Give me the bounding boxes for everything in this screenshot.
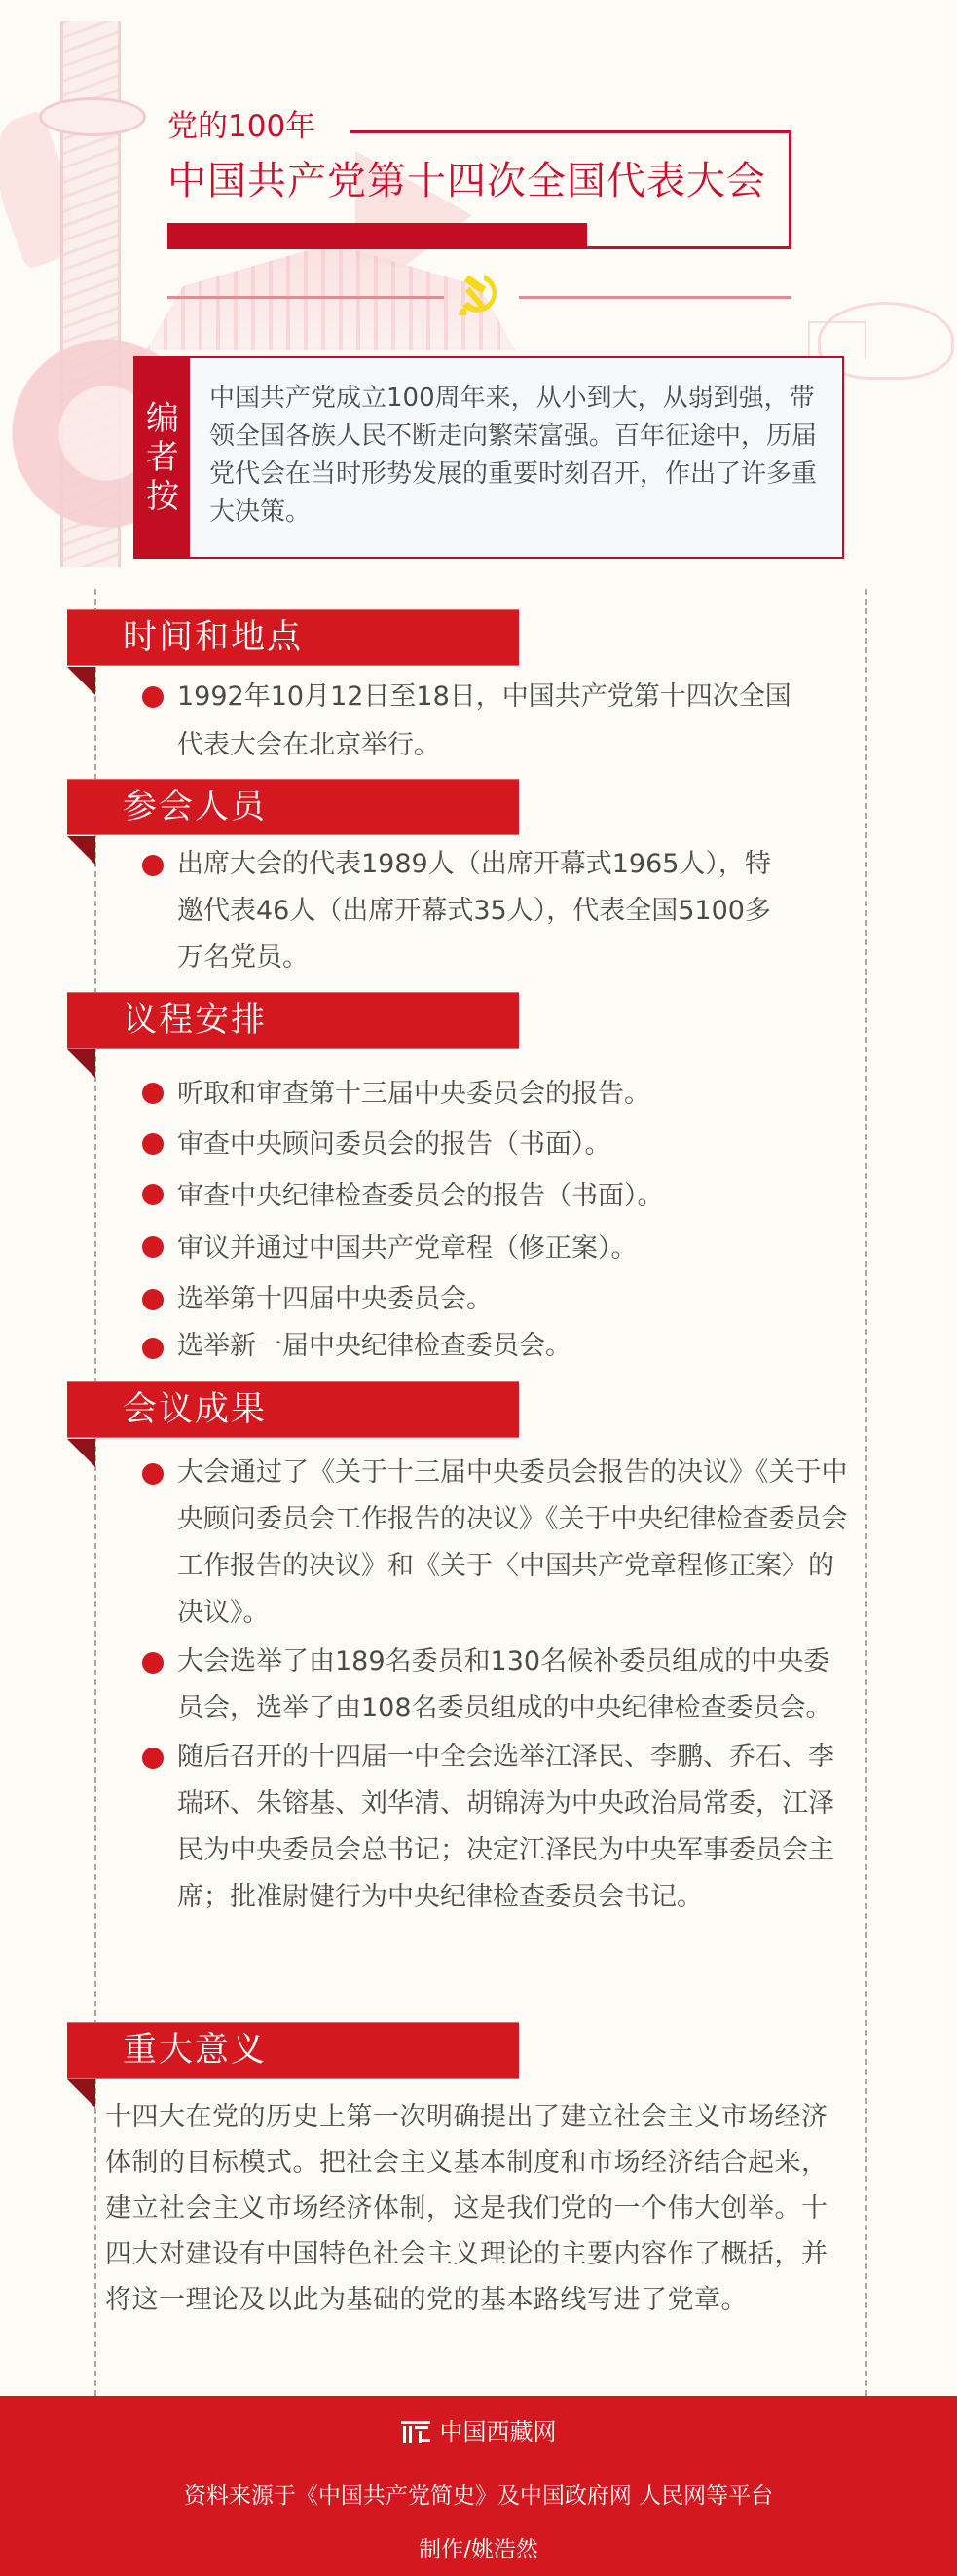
hammer-and-sickle-icon [455, 269, 507, 321]
title-accent-bar [167, 223, 587, 249]
bullet-dot-icon [142, 855, 164, 876]
decorative-huabiao-pillar [60, 21, 121, 567]
footer-source: 资料来源于《中国共产党简史》及中国政府网 人民网等平台 [0, 2482, 957, 2511]
list-item-text: 听取和审查第十三届中央委员会的报告。 [177, 1079, 650, 1109]
bullet-dot-icon [142, 1463, 164, 1485]
bullet-dot-icon [142, 1338, 164, 1359]
right-dashed-rail [865, 589, 867, 2396]
subtitle: 党的100年 [167, 107, 329, 146]
footer: 中国西藏网 资料来源于《中国共产党简史》及中国政府网 人民网等平台 制作/姚浩然 [0, 2396, 957, 2576]
list-item: 1992年10月12日至18日，中国共产党第十四次全国代表大会在北京举行。 [142, 673, 804, 770]
list-item: 听取和审查第十三届中央委员会的报告。 [142, 1069, 853, 1120]
divider-left [167, 296, 444, 299]
list-item: 大会通过了《关于十三届中央委员会报告的决议》《关于中央顾问委员会工作报告的决议》… [142, 1450, 853, 1637]
banner-fold [67, 1049, 95, 1078]
section-header-significance: 重大意义 [67, 2022, 519, 2079]
footer-brand-name: 中国西藏网 [440, 2417, 557, 2447]
bullet-dot-icon [142, 1133, 164, 1155]
list-item-text: 选举第十四届中央委员会。 [177, 1284, 493, 1314]
editor-note-label: 编 者 按 [135, 358, 190, 557]
decorative-great-wall [808, 321, 866, 360]
list-item: 审议并通过中国共产党章程（修正案）。 [142, 1223, 853, 1275]
list-item: 大会选举了由189名委员和130名候补委员组成的中央委员会，选举了由108名委员… [142, 1638, 853, 1732]
bullet-dot-icon [142, 1289, 164, 1310]
bullet-dot-icon [142, 1083, 164, 1104]
section-header-agenda: 议程安排 [67, 992, 519, 1049]
outcomes-list: 大会通过了《关于十三届中央委员会报告的决议》《关于中央顾问委员会工作报告的决议》… [142, 1450, 853, 1921]
decorative-pillar-wing [0, 110, 92, 271]
list-item-text: 1992年10月12日至18日，中国共产党第十四次全国代表大会在北京举行。 [177, 681, 791, 760]
list-item-text: 审查中央纪律检查委员会的报告（书面）。 [177, 1181, 664, 1211]
list-item-text: 大会选举了由189名委员和130名候补委员组成的中央委员会，选举了由108名委员… [177, 1646, 832, 1723]
label-char: 者 [146, 438, 179, 477]
banner-fold [67, 667, 95, 695]
list-item: 出席大会的代表1989人（出席开幕式1965人），特邀代表46人（出席开幕式35… [142, 841, 785, 981]
bullet-dot-icon [142, 686, 164, 708]
bullet-dot-icon [142, 1652, 164, 1674]
list-item-text: 选举新一届中央纪律检查委员会。 [177, 1331, 571, 1361]
list-item-text: 出席大会的代表1989人（出席开幕式1965人），特邀代表46人（出席开幕式35… [177, 849, 771, 973]
list-item: 选举新一届中央纪律检查委员会。 [142, 1324, 853, 1369]
bullet-dot-icon [142, 1748, 164, 1769]
list-item: 审查中央顾问委员会的报告（书面）。 [142, 1120, 853, 1170]
bullet-dot-icon [142, 1184, 164, 1205]
time-place-list: 1992年10月12日至18日，中国共产党第十四次全国代表大会在北京举行。 [142, 673, 804, 770]
list-item: 审查中央纪律检查委员会的报告（书面）。 [142, 1170, 853, 1223]
list-item: 选举第十四届中央委员会。 [142, 1275, 853, 1324]
list-item-text: 审议并通过中国共产党章程（修正案）。 [177, 1233, 638, 1264]
editor-note-text: 中国共产党成立100周年来，从小到大，从弱到强，带领全国各族人民不断走向繁荣富强… [190, 358, 842, 557]
label-char: 编 [146, 399, 179, 438]
banner-fold [67, 1439, 95, 1467]
agenda-list: 听取和审查第十三届中央委员会的报告。 审查中央顾问委员会的报告（书面）。 审查中… [142, 1069, 853, 1369]
divider-right [519, 296, 791, 299]
section-header-attendees: 参会人员 [67, 779, 519, 835]
footer-brand[interactable]: 中国西藏网 [0, 2417, 957, 2447]
footer-credit: 制作/姚浩然 [0, 2535, 957, 2564]
list-item-text: 大会通过了《关于十三届中央委员会报告的决议》《关于中央顾问委员会工作报告的决议》… [177, 1457, 848, 1628]
attendees-list: 出席大会的代表1989人（出席开幕式1965人），特邀代表46人（出席开幕式35… [142, 841, 785, 981]
label-char: 按 [146, 477, 179, 516]
banner-fold [67, 2079, 95, 2108]
section-header-outcomes: 会议成果 [67, 1381, 519, 1438]
list-item-text: 随后召开的十四届一中全会选举江泽民、李鹏、乔石、李瑞环、朱镕基、刘华清、胡锦涛为… [177, 1742, 834, 1912]
editor-note: 编 者 按 中国共产党成立100周年来，从小到大，从弱到强，带领全国各族人民不断… [133, 356, 844, 559]
section-header-time-place: 时间和地点 [67, 609, 519, 666]
list-item: 随后召开的十四届一中全会选举江泽民、李鹏、乔石、李瑞环、朱镕基、刘华清、胡锦涛为… [142, 1734, 853, 1921]
decorative-pillar-capital [39, 97, 146, 136]
banner-fold [67, 836, 95, 865]
tibet-net-logo-icon [401, 2421, 430, 2443]
bullet-dot-icon [142, 1236, 164, 1258]
list-item-text: 审查中央顾问委员会的报告（书面）。 [177, 1129, 611, 1159]
page-title: 中国共产党第十四次全国代表大会 [167, 156, 766, 206]
significance-paragraph: 十四大在党的历史上第一次明确提出了建立社会主义市场经济体制的目标模式。把社会主义… [105, 2094, 833, 2323]
